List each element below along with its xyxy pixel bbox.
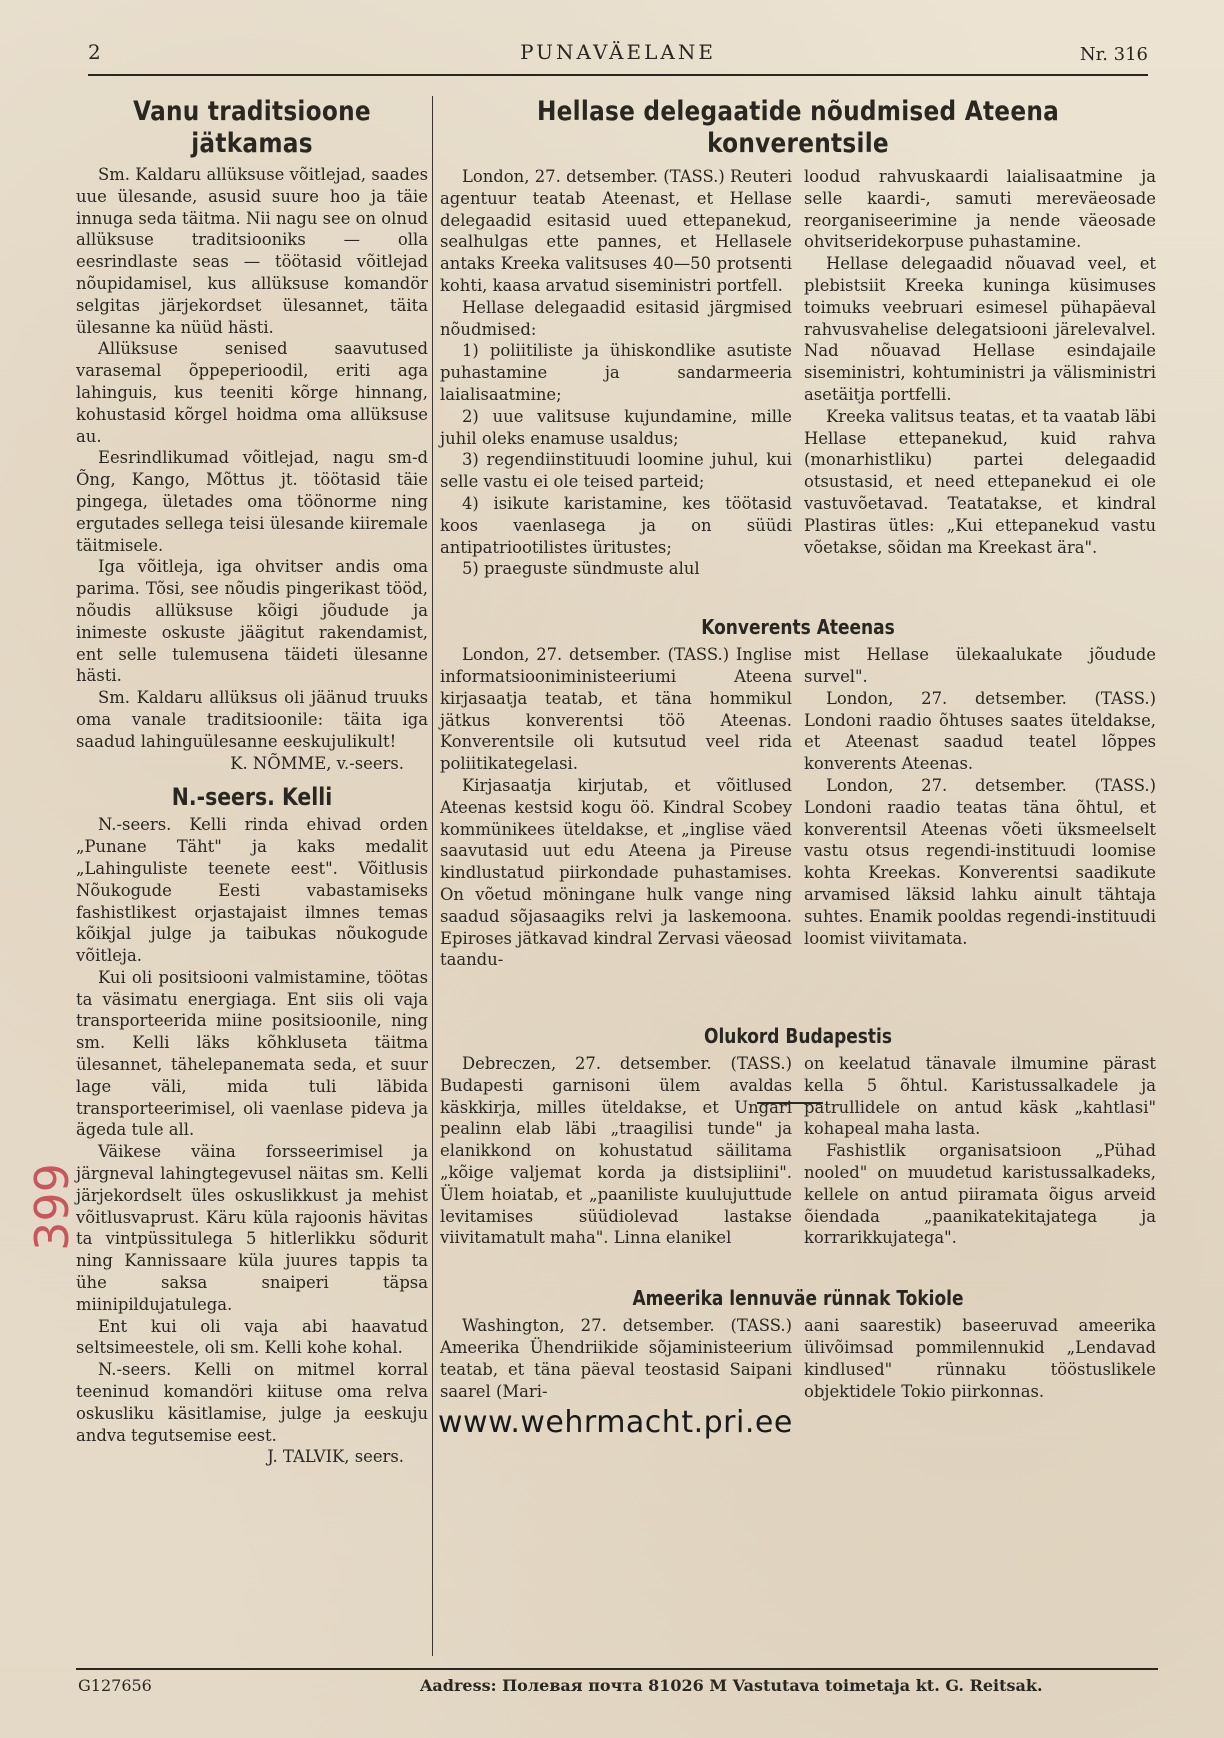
paragraph: London, 27. detsember. (TASS.) Inglise i… (440, 644, 792, 775)
article-body-vanu: Sm. Kaldaru allüksuse võitlejad, saades … (76, 164, 428, 774)
article-body-tokio: Washington, 27. detsember. (TASS.) Ameer… (440, 1315, 1156, 1402)
paragraph: N.-seers. Kelli rinda ehivad orden „Puna… (76, 814, 428, 967)
signature: K. NÕMME, v.-seers. (76, 753, 428, 775)
article-body-hellase: London, 27. detsember. (TASS.) Reuteri a… (440, 166, 1156, 580)
text-column: mist Hellase ülekaalukate jõudude survel… (804, 644, 1156, 971)
article-headline-tokio: Ameerika lennuväe rünnak Tokiole (494, 1285, 1103, 1311)
text-column: on keelatud tänavale ilmumine pärast kel… (804, 1053, 1156, 1249)
paragraph: Hellase delegaadid esitasid järgmised nõ… (440, 297, 792, 341)
paragraph: mist Hellase ülekaalukate jõudude survel… (804, 644, 1156, 688)
paragraph: Ent kui oli vaja abi haavatud seltsimees… (76, 1316, 428, 1360)
paragraph: Kreeka valitsus teatas, et ta vaatab läb… (804, 406, 1156, 559)
article-headline-hellase: Hellase delegaatide nõudmised Ateena kon… (490, 96, 1106, 160)
article-body-kelli: N.-seers. Kelli rinda ehivad orden „Puna… (76, 814, 428, 1468)
signature: J. TALVIK, seers. (76, 1446, 428, 1468)
paragraph: Kui oli positsiooni valmistamine, töötas… (76, 967, 428, 1141)
column-divider (432, 96, 433, 1656)
article-body-konverents: London, 27. detsember. (TASS.) Inglise i… (440, 644, 1156, 971)
issue-number: Nr. 316 (1080, 44, 1148, 65)
article-headline-kelli: N.-seers. Kelli (102, 784, 401, 810)
paragraph: on keelatud tänavale ilmumine pärast kel… (804, 1053, 1156, 1140)
text-column: Washington, 27. detsember. (TASS.) Ameer… (440, 1315, 792, 1402)
list-item: 5) praeguste sündmuste alul (440, 558, 792, 580)
article-headline-vanu: Vanu traditsioone jätkamas (101, 96, 404, 160)
article-body-budapest: Debreczen, 27. detsember. (TASS.) Budape… (440, 1053, 1156, 1249)
paragraph: loodud rahvuskaardi laialisaatmine ja se… (804, 166, 1156, 253)
footer-address: Aadress: Полевая почта 81026 М Vastutava… (420, 1676, 1043, 1695)
list-item: 2) uue valitsuse kujundamine, mille juhi… (440, 406, 792, 450)
newspaper-page: 2 PUNAVÄELANE Nr. 316 Vanu traditsioone … (0, 0, 1224, 1738)
paragraph: Allüksuse senised saavutused varasemal õ… (76, 338, 428, 447)
text-column: Debreczen, 27. detsember. (TASS.) Budape… (440, 1053, 792, 1249)
paragraph: N.-seers. Kelli on mitmel korral teeninu… (76, 1359, 428, 1446)
text-column: aani saarestik) baseeruvad ameerika üliv… (804, 1315, 1156, 1402)
paragraph: Hellase delegaadid nõuavad veel, et pleb… (804, 253, 1156, 406)
list-item: 3) regendiinstituudi loomine juhul, kui … (440, 449, 792, 493)
footer-rule (76, 1668, 1158, 1670)
text-column: loodud rahvuskaardi laialisaatmine ja se… (804, 166, 1156, 580)
paragraph: London, 27. detsember. (TASS.) Reuteri a… (440, 166, 792, 297)
footer-code: G127656 (78, 1676, 152, 1695)
right-section: Hellase delegaatide nõudmised Ateena kon… (440, 96, 1156, 1402)
paragraph: Väikese väina forsseerimisel ja järgneva… (76, 1141, 428, 1315)
paragraph: Washington, 27. detsember. (TASS.) Ameer… (440, 1315, 792, 1402)
article-headline-budapest: Olukord Budapestis (494, 1023, 1103, 1049)
paragraph: Iga võitleja, iga ohvitser andis oma par… (76, 556, 428, 687)
paragraph: London, 27. detsember. (TASS.) Londoni r… (804, 688, 1156, 775)
list-item: 1) poliitiliste ja ühiskondlike asutiste… (440, 340, 792, 405)
pencil-annotation: 399 (25, 1163, 79, 1251)
paragraph: Debreczen, 27. detsember. (TASS.) Budape… (440, 1053, 792, 1249)
newspaper-title: PUNAVÄELANE (88, 40, 1148, 64)
list-item: 4) isikute karistamine, kes töötasid koo… (440, 493, 792, 558)
paragraph: Eesrindlikumad võitlejad, nagu sm-d Õng,… (76, 447, 428, 556)
section-divider (757, 1102, 823, 1104)
paragraph: aani saarestik) baseeruvad ameerika üliv… (804, 1315, 1156, 1402)
watermark: www.wehrmacht.pri.ee (438, 1405, 793, 1440)
text-column: London, 27. detsember. (TASS.) Inglise i… (440, 644, 792, 971)
left-column: Vanu traditsioone jätkamas Sm. Kaldaru a… (76, 96, 428, 1468)
masthead: 2 PUNAVÄELANE Nr. 316 (88, 38, 1148, 76)
paragraph: Kirjasaatja kirjutab, et võitlused Ateen… (440, 775, 792, 971)
paragraph: Sm. Kaldaru allüksus oli jäänud truuks o… (76, 687, 428, 752)
paragraph: Sm. Kaldaru allüksuse võitlejad, saades … (76, 164, 428, 338)
article-headline-konverents: Konverents Ateenas (494, 614, 1103, 640)
paragraph: London, 27. detsember. (TASS.) Londoni r… (804, 775, 1156, 949)
text-column: London, 27. detsember. (TASS.) Reuteri a… (440, 166, 792, 580)
paragraph: Fashistlik organisatsioon „Pühad nooled"… (804, 1140, 1156, 1249)
